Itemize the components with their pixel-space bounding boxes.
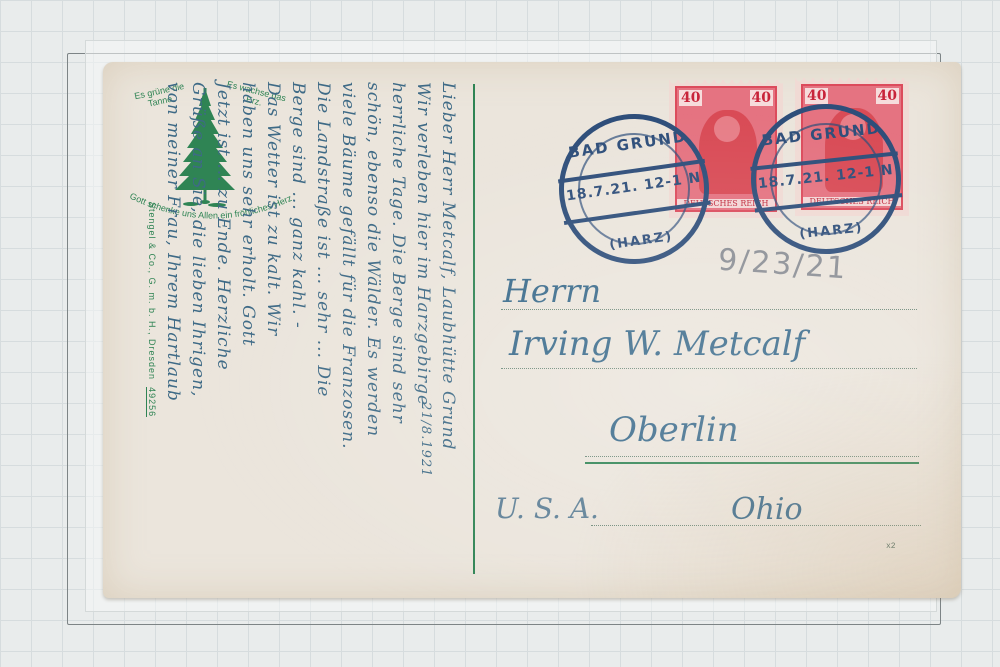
center-divider bbox=[473, 84, 475, 574]
germania-icon bbox=[825, 108, 883, 192]
address-name: Irving W. Metcalf bbox=[509, 324, 805, 364]
message-line: viele Bäume gefällt für die Franzosen. bbox=[338, 82, 358, 450]
address-state: Ohio bbox=[731, 492, 803, 527]
message-date: 21/8.1921 bbox=[418, 402, 433, 477]
pencil-date-note: 9/23/21 bbox=[717, 243, 849, 287]
message-line: haben uns sehr erholt. Gott bbox=[238, 82, 258, 347]
address-line-1 bbox=[501, 309, 917, 310]
fir-tree-icon bbox=[165, 84, 245, 212]
motto-right: Es wachse das Erz. bbox=[223, 79, 287, 113]
postmark-right: BAD GRUND 18.7.21. 12-1 N (HARZ) bbox=[744, 97, 909, 262]
address-country: U. S. A. bbox=[495, 492, 599, 525]
address-city: Oberlin bbox=[609, 410, 739, 450]
germania-icon bbox=[699, 110, 757, 194]
address-line-4 bbox=[591, 525, 921, 526]
postmark-left: BAD GRUND 18.7.21. 12-1 N (HARZ) bbox=[549, 104, 718, 273]
handwritten-message: Lieber Herr Metcalf, Laubhütte GrundWir … bbox=[128, 72, 468, 592]
address-line-3 bbox=[585, 456, 919, 457]
message-line: Jetzt ist ... zu Ende. Herzliche bbox=[213, 82, 233, 371]
postcard: Es grüne die Tanne. Es wachse das Erz. G… bbox=[103, 62, 961, 598]
message-line: Wir verleben hier im Harzgebirge bbox=[413, 82, 433, 406]
stamp-40-right: 40 40 DEUTSCHES REICH bbox=[795, 78, 909, 216]
message-line: Die Landstraße ist ... sehr ... Die bbox=[313, 82, 333, 397]
svg-text:Gott schenke uns Allen ein frö: Gott schenke uns Allen ein fröhliches He… bbox=[128, 191, 294, 221]
address-salutation: Herrn bbox=[503, 272, 601, 310]
address-line-2 bbox=[501, 368, 917, 369]
message-line: von meiner Frau, Ihrem Hartlaub bbox=[163, 82, 183, 402]
stamp-40-left: 40 40 DEUTSCHES REICH bbox=[669, 80, 783, 218]
motto-bottom: Gott schenke uns Allen ein fröhliches He… bbox=[121, 190, 301, 240]
publisher-number: 49256 bbox=[146, 387, 157, 417]
message-line: Lieber Herr Metcalf, Laubhütte Grund bbox=[438, 82, 458, 450]
address-line-3-underline bbox=[585, 462, 919, 464]
print-code: x2 bbox=[886, 542, 896, 551]
message-line: Das Wetter ist zu kalt. Wir bbox=[263, 82, 283, 336]
message-line: Grüße an Sie, die lieben Ihrigen, bbox=[188, 82, 208, 397]
publisher-imprint: Stengel & Co., G. m. b. H., Dresden 4925… bbox=[147, 202, 157, 662]
motto-left: Es grüne die Tanne. bbox=[133, 81, 187, 111]
message-line: Berge sind ... ganz kahl. - bbox=[288, 82, 308, 329]
message-line: herrliche Tage. Die Berge sind sehr bbox=[388, 82, 408, 424]
message-line: schön, ebenso die Wälder. Es werden bbox=[363, 82, 383, 437]
